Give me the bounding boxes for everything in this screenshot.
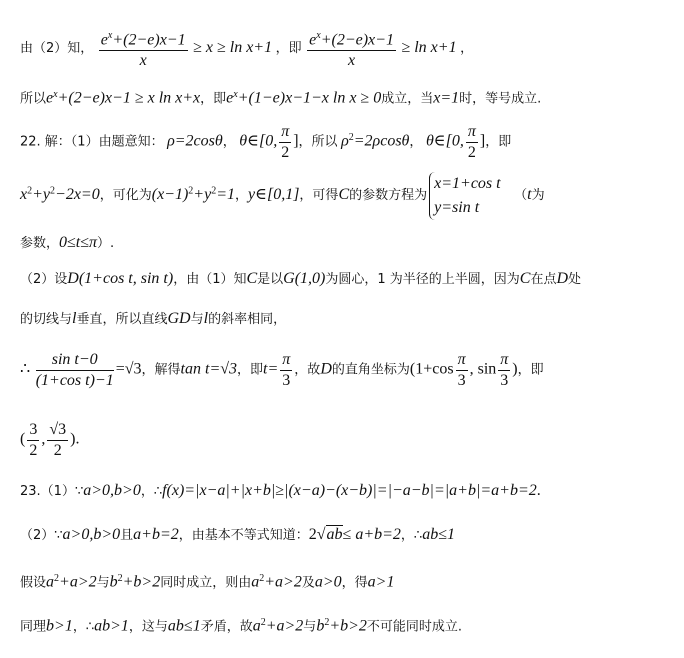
fraction: √32	[47, 420, 68, 461]
text: （2）设	[20, 272, 67, 287]
fraction: sin t−0(1+cos t)−1	[36, 350, 114, 391]
math: ab>1	[94, 618, 129, 635]
text: 垂直，所以直线	[76, 312, 167, 327]
math: ≥ x ≥ ln x+1	[193, 39, 272, 56]
math: GD	[167, 310, 190, 327]
text: 的切线与	[20, 312, 72, 327]
text: 与	[303, 620, 316, 635]
line-7: 的切线与l垂直，所以直线GD与l的斜率相同，	[20, 310, 286, 329]
text: ，即	[485, 135, 511, 150]
math: π	[279, 122, 291, 143]
math: 3	[280, 371, 292, 391]
math: t=	[263, 361, 278, 378]
text: 假设	[20, 576, 46, 591]
math: ≤ a+b=2	[343, 526, 401, 543]
text: 所以	[20, 92, 46, 107]
text: ，由（1）知	[173, 272, 246, 287]
text: ，得	[342, 576, 368, 591]
math: π	[498, 350, 510, 371]
text: 23.（1）∵	[20, 484, 83, 499]
math: √3	[47, 420, 68, 441]
text: ，	[235, 188, 248, 203]
line-12: 假设a2+a>2与b2+b>2同时成立，则由a2+a>2及a>0，得a>1	[20, 570, 394, 593]
text: （	[514, 188, 527, 203]
math: ab	[326, 525, 343, 543]
text: ，可化为	[100, 188, 152, 203]
text: 处	[568, 272, 581, 287]
math: 2	[309, 526, 317, 543]
text: 与	[97, 576, 110, 591]
math: b>1	[46, 618, 73, 635]
text: ，解得	[142, 363, 181, 378]
line-13: 同理b>1，∴ab>1，这与ab≤1矛盾，故a2+a>2与b2+b>2不可能同时…	[20, 614, 462, 637]
fraction: ex+(2−e)x−1 x	[307, 26, 396, 71]
math: +b>2	[123, 574, 161, 591]
line-9: (32,√32).	[20, 420, 79, 461]
math: +a>2	[264, 574, 302, 591]
equation-system: x=1+cos ty=sin t	[429, 172, 500, 220]
math: 2	[47, 441, 68, 461]
math: (1+cos t)−1	[36, 371, 114, 391]
math: D	[556, 270, 568, 287]
math: +(2−e)x−1	[321, 31, 394, 48]
math: e	[101, 31, 108, 48]
text: 同理	[20, 620, 46, 635]
math: 3	[27, 420, 39, 441]
math: .	[537, 482, 541, 499]
math: +y	[32, 186, 50, 203]
text: ，即	[237, 363, 263, 378]
math: ∴	[20, 361, 30, 378]
text: 时，等号成立.	[459, 92, 541, 107]
math: D(1+cos t, sin t)	[67, 270, 173, 287]
text: 参数，	[20, 236, 59, 251]
math: ≥ ln x+1	[401, 39, 456, 56]
math: 3	[498, 371, 510, 391]
text: 22. 解：（1）由题意知：	[20, 135, 164, 150]
text: 与	[191, 312, 204, 327]
math: +(1−e)x−1−x ln x ≥ 0	[238, 90, 381, 107]
math: +(2−e)x−1 ≥ x ln x+x	[58, 90, 201, 107]
math: +y	[193, 186, 211, 203]
text: ，	[409, 135, 422, 150]
math: =1	[216, 186, 235, 203]
math: x	[307, 51, 396, 71]
math: y∈[0,1]	[248, 186, 299, 203]
text: 成立，当	[381, 92, 433, 107]
math: x	[99, 51, 188, 71]
text: ，即	[518, 363, 544, 378]
line-3: 22. 解：（1）由题意知： ρ=2cosθ， θ∈[0,π2]，所以 ρ2=2…	[20, 122, 511, 163]
line-11: （2）∵a>0,b>0且a+b=2，由基本不等式知道：2√ab≤ a+b=2，∴…	[20, 526, 455, 545]
math: (x−1)	[152, 186, 189, 203]
text: 矛盾，故	[201, 620, 253, 635]
math: θ∈[0,	[426, 133, 464, 150]
math: a	[253, 618, 261, 635]
math: x=1	[433, 90, 459, 107]
math: a>0	[315, 574, 342, 591]
text: 在点	[530, 272, 556, 287]
math: a>0,b>0	[63, 526, 121, 543]
fraction: π3	[456, 350, 468, 391]
math: ,	[41, 431, 45, 448]
math: =√3	[116, 361, 142, 378]
math: 2	[279, 143, 291, 163]
text: ，即	[276, 41, 302, 56]
text: ，	[223, 135, 236, 150]
text: 的斜率相同，	[208, 312, 286, 327]
math: ρ	[341, 133, 349, 150]
line-8: ∴ sin t−0(1+cos t)−1=√3，解得tan t=√3，即t=π3…	[20, 350, 544, 391]
math: π	[456, 350, 468, 371]
math: +a>2	[266, 618, 304, 635]
math: +a>2	[59, 574, 97, 591]
math: π	[466, 122, 478, 143]
math: b	[110, 574, 118, 591]
text: ）.	[97, 236, 114, 251]
line-1: 由（2）知， ex+(2−e)x−1 x ≥ x ≥ ln x+1 ，即 ex+…	[20, 26, 473, 71]
math: tan t=√3	[181, 361, 237, 378]
text: 的直角坐标为	[332, 363, 410, 378]
fraction: 32	[27, 420, 39, 461]
text: 及	[302, 576, 315, 591]
text: ，由基本不等式知道：	[179, 528, 309, 543]
text: ，可得	[299, 188, 338, 203]
math: sin t−0	[36, 350, 114, 371]
math: 2	[27, 441, 39, 461]
math: 2	[466, 143, 478, 163]
line-5: 参数，0≤t≤π）.	[20, 234, 114, 253]
math: a>0,b>0	[83, 482, 141, 499]
text: ，即	[200, 92, 226, 107]
text: ，∴	[73, 620, 94, 635]
line-10: 23.（1）∵a>0,b>0，∴f(x)=|x−a|+|x+b|≥|(x−a)−…	[20, 482, 541, 501]
math: π	[280, 350, 292, 371]
math: , sin	[470, 361, 497, 378]
math: x=1+cos t	[434, 172, 500, 196]
text: ，这与	[129, 620, 168, 635]
math: ab≤1	[422, 526, 455, 543]
text: 同时成立，则由	[160, 576, 251, 591]
math: ρ=2cosθ	[167, 133, 223, 150]
math: (	[20, 431, 25, 448]
math: G(1,0)	[283, 270, 325, 287]
text: （2）∵	[20, 528, 63, 543]
math: =2ρcosθ	[354, 133, 410, 150]
math: θ∈[0,	[239, 133, 277, 150]
math: ab≤1	[168, 618, 201, 635]
math: y=sin t	[434, 196, 500, 220]
math: C	[246, 270, 257, 287]
math: +(2−e)x−1	[112, 31, 185, 48]
fraction: π3	[280, 350, 292, 391]
fraction: π3	[498, 350, 510, 391]
math: (1+cos	[410, 361, 454, 378]
text: 的参数方程为	[349, 188, 427, 203]
math: D	[320, 361, 332, 378]
text: ，所以	[299, 135, 338, 150]
math: +b>2	[329, 618, 367, 635]
math: −2x=0	[55, 186, 100, 203]
text: ，∴	[141, 484, 162, 499]
math: a>1	[368, 574, 395, 591]
math: ).	[70, 431, 79, 448]
math: 0≤t≤π	[59, 234, 97, 251]
text: 且	[120, 528, 133, 543]
text: 为	[532, 188, 545, 203]
line-4: x2+y2−2x=0，可化为(x−1)2+y2=1，y∈[0,1]，可得C的参数…	[20, 172, 545, 220]
math: f(x)=|x−a|+|x+b|≥|(x−a)−(x−b)|=|−a−b|=|a…	[162, 482, 537, 499]
text: 是以	[257, 272, 283, 287]
text: 不可能同时成立.	[367, 620, 462, 635]
line-6: （2）设D(1+cos t, sin t)，由（1）知C是以G(1,0)为圆心，…	[20, 270, 581, 289]
math: C	[338, 186, 349, 203]
math: C	[520, 270, 531, 287]
fraction: π2	[279, 122, 291, 163]
math: a+b=2	[133, 526, 179, 543]
fraction: π2	[466, 122, 478, 163]
text: ，故	[294, 363, 320, 378]
line-2: 所以ex+(2−e)x−1 ≥ x ln x+x，即ex+(1−e)x−1−x …	[20, 86, 541, 109]
math: 3	[456, 371, 468, 391]
math: a	[46, 574, 54, 591]
text: ，∴	[401, 528, 422, 543]
text: 为圆心，1 为半径的上半圆，因为	[325, 272, 519, 287]
text: ，	[460, 41, 473, 56]
fraction: ex+(2−e)x−1 x	[99, 26, 188, 71]
text: 由（2）知，	[20, 41, 93, 56]
